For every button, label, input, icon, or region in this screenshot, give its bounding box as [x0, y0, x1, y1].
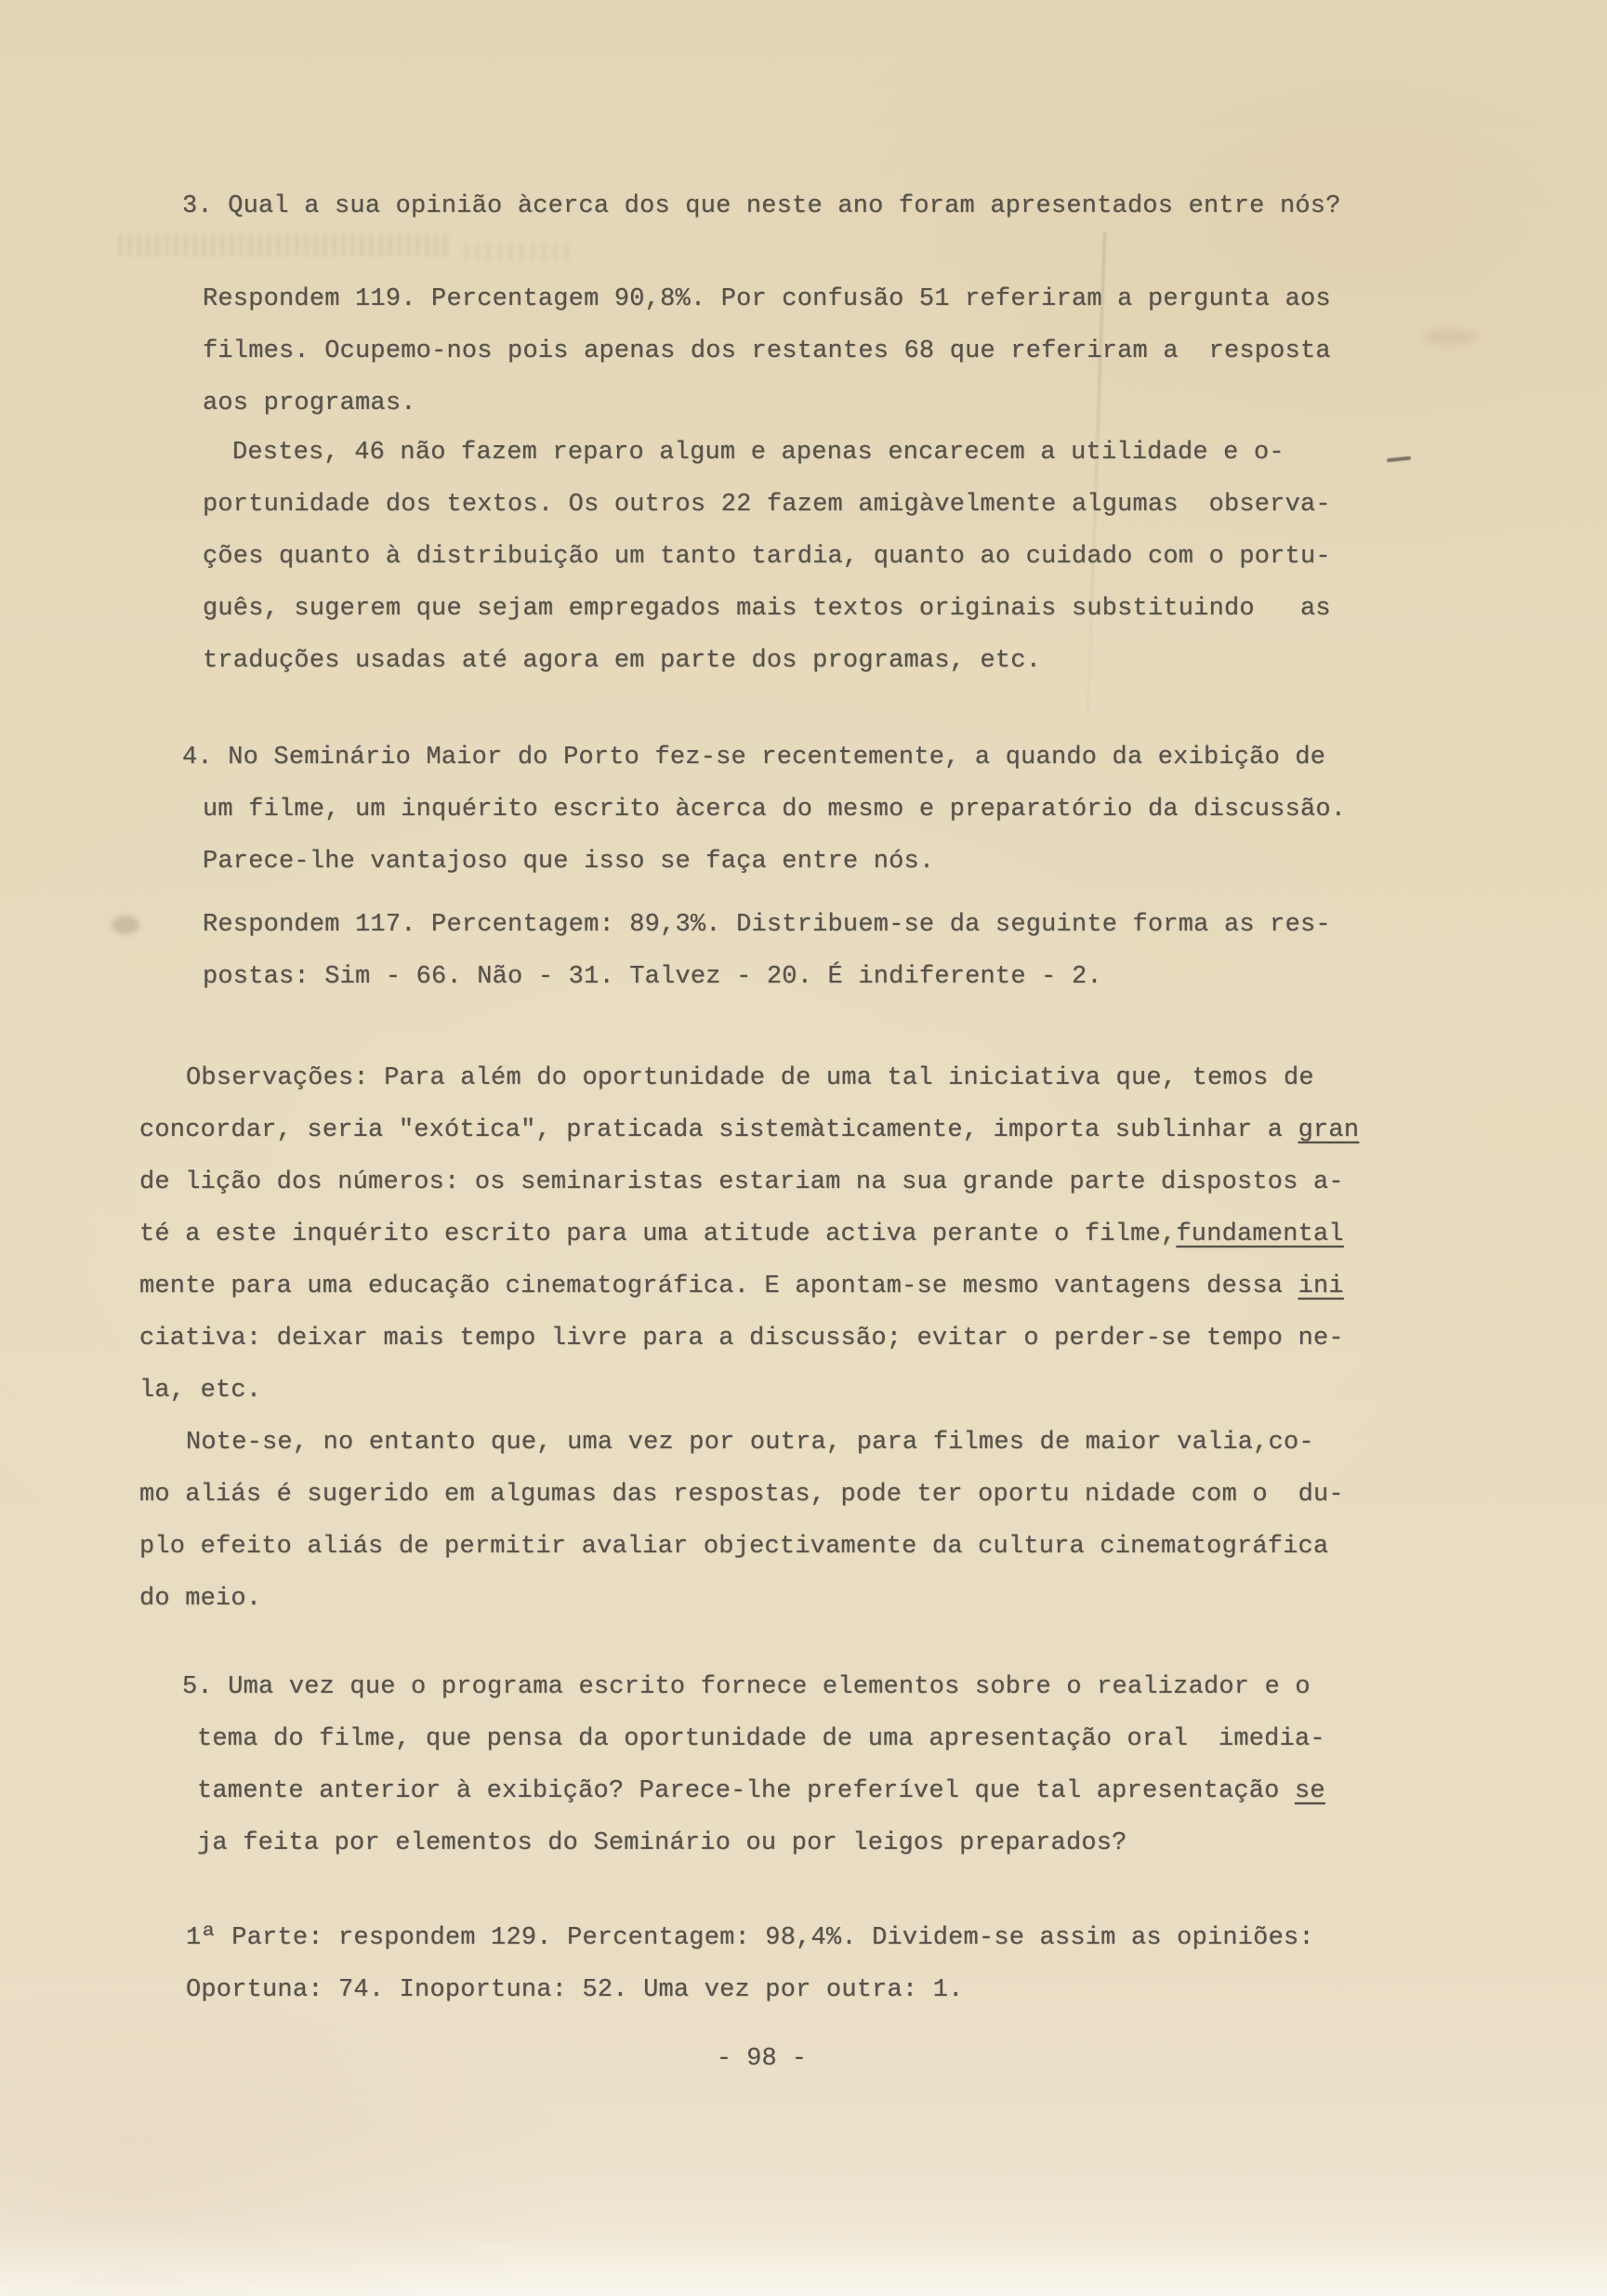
text-line: mente para uma educação cinematográfica.… — [139, 1260, 1359, 1313]
answer-4: Respondem 117. Percentagem: 89,3%. Distr… — [203, 899, 1331, 1003]
text-line: tema do filme, que pensa da oportunidade… — [197, 1713, 1325, 1765]
text-segment: la, etc. — [139, 1377, 261, 1405]
paragraph-note-se: Note-se, no entanto que, uma vez por out… — [139, 1417, 1344, 1625]
answer-3: Respondem 119. Percentagem 90,8%. Por co… — [203, 273, 1331, 429]
text-line: concordar, seria "exótica", praticada si… — [139, 1104, 1359, 1156]
text-segment: Respondem 117. Percentagem: 89,3%. Distr… — [203, 911, 1331, 939]
text-line: Observações: Para além do oportunidade d… — [186, 1052, 1359, 1104]
text-segment: Parece-lhe vantajoso que isso se faça en… — [203, 848, 934, 876]
underlined-text-segment: ini — [1298, 1273, 1344, 1300]
text-segment: ciativa: deixar mais tempo livre para a … — [139, 1325, 1344, 1353]
text-line: té a este inquérito escrito para uma ati… — [139, 1208, 1359, 1260]
paragraph-destes: Destes, 46 não fazem reparo algum e apen… — [203, 427, 1331, 687]
ghost-typing-smudge — [119, 234, 454, 257]
text-segment: Destes, 46 não fazem reparo algum e apen… — [232, 439, 1284, 467]
text-segment: do meio. — [139, 1585, 261, 1613]
text-line: ciativa: deixar mais tempo livre para a … — [139, 1313, 1359, 1365]
text-segment: 4. No Seminário Maior do Porto fez-se re… — [182, 744, 1325, 772]
text-segment: Oportuna: 74. Inoportuna: 52. Uma vez po… — [186, 1976, 964, 2004]
text-line: Parece-lhe vantajoso que isso se faça en… — [203, 836, 1346, 888]
text-segment: ja feita por elementos do Seminário ou p… — [197, 1829, 1127, 1857]
text-line: portunidade dos textos. Os outros 22 faz… — [203, 479, 1331, 531]
text-line: traduções usadas até agora em parte dos … — [203, 635, 1331, 687]
text-segment: mente para uma educação cinematográfica.… — [139, 1273, 1298, 1300]
ghost-typing-smudge — [465, 244, 576, 260]
text-line: 4. No Seminário Maior do Porto fez-se re… — [182, 732, 1346, 784]
text-segment: aos programas. — [203, 389, 416, 417]
text-segment: té a este inquérito escrito para uma ati… — [139, 1221, 1176, 1248]
text-line: de lição dos números: os seminaristas es… — [139, 1156, 1359, 1208]
text-segment: mo aliás é sugerido em algumas das respo… — [139, 1481, 1344, 1509]
text-segment: postas: Sim - 66. Não - 31. Talvez - 20.… — [203, 963, 1102, 991]
paper-smudge — [112, 916, 139, 934]
text-line: postas: Sim - 66. Não - 31. Talvez - 20.… — [203, 951, 1331, 1003]
question-4: 4. No Seminário Maior do Porto fez-se re… — [203, 732, 1346, 888]
text-line: 1ª Parte: respondem 129. Percentagem: 98… — [186, 1912, 1314, 1964]
text-line: Respondem 117. Percentagem: 89,3%. Distr… — [203, 899, 1331, 951]
stray-dash-mark — [1387, 456, 1411, 463]
text-line: do meio. — [139, 1573, 1344, 1625]
text-line: aos programas. — [203, 377, 1331, 429]
text-line: mo aliás é sugerido em algumas das respo… — [139, 1469, 1344, 1521]
underlined-text-segment: fundamental — [1176, 1221, 1343, 1248]
text-segment: Respondem 119. Percentagem 90,8%. Por co… — [203, 285, 1331, 313]
text-line: filmes. Ocupemo-nos pois apenas dos rest… — [203, 325, 1331, 377]
text-line: Respondem 119. Percentagem 90,8%. Por co… — [203, 273, 1331, 325]
text-line: guês, sugerem que sejam empregados mais … — [203, 583, 1331, 635]
text-segment: concordar, seria "exótica", praticada si… — [139, 1116, 1298, 1144]
text-segment: tema do filme, que pensa da oportunidade… — [197, 1725, 1325, 1753]
text-line: um filme, um inquérito escrito àcerca do… — [203, 784, 1346, 836]
paragraph-observacoes: Observações: Para além do oportunidade d… — [139, 1052, 1359, 1417]
text-segment: traduções usadas até agora em parte dos … — [203, 647, 1041, 675]
question-5: 5. Uma vez que o programa escrito fornec… — [197, 1661, 1325, 1869]
answer-5-parte-1: 1ª Parte: respondem 129. Percentagem: 98… — [186, 1912, 1314, 2016]
text-segment: filmes. Ocupemo-nos pois apenas dos rest… — [203, 337, 1331, 365]
text-line: la, etc. — [139, 1365, 1359, 1417]
text-segment: Note-se, no entanto que, uma vez por out… — [186, 1429, 1314, 1457]
scanned-document-page: - 98 - 3. Qual a sua opinião àcerca dos … — [0, 0, 1607, 2296]
text-line: Note-se, no entanto que, uma vez por out… — [186, 1417, 1344, 1469]
question-3: 3. Qual a sua opinião àcerca dos que nes… — [203, 180, 1341, 232]
text-segment: Observações: Para além do oportunidade d… — [186, 1064, 1314, 1092]
text-segment: um filme, um inquérito escrito àcerca do… — [203, 796, 1346, 824]
text-segment: 5. Uma vez que o programa escrito fornec… — [182, 1673, 1311, 1701]
text-line: Oportuna: 74. Inoportuna: 52. Uma vez po… — [186, 1964, 1314, 2016]
underlined-text-segment: gran — [1298, 1116, 1360, 1144]
text-segment: plo efeito aliás de permitir avaliar obj… — [139, 1533, 1328, 1561]
text-segment: guês, sugerem que sejam empregados mais … — [203, 595, 1331, 623]
text-segment: ções quanto à distribuição um tanto tard… — [203, 543, 1331, 571]
text-line: tamente anterior à exibição? Parece-lhe … — [197, 1765, 1325, 1817]
text-line: Destes, 46 não fazem reparo algum e apen… — [232, 427, 1331, 479]
underlined-text-segment: se — [1295, 1777, 1325, 1805]
page-number: - 98 - — [0, 2033, 1565, 2085]
text-segment: tamente anterior à exibição? Parece-lhe … — [197, 1777, 1295, 1805]
text-line: 5. Uma vez que o programa escrito fornec… — [182, 1661, 1325, 1713]
text-line: plo efeito aliás de permitir avaliar obj… — [139, 1521, 1344, 1573]
text-segment: 3. Qual a sua opinião àcerca dos que nes… — [182, 192, 1341, 220]
text-line: ções quanto à distribuição um tanto tard… — [203, 531, 1331, 583]
text-line: ja feita por elementos do Seminário ou p… — [197, 1817, 1325, 1869]
paper-smudge — [1422, 330, 1478, 345]
text-segment: de lição dos números: os seminaristas es… — [139, 1168, 1344, 1196]
text-segment: portunidade dos textos. Os outros 22 faz… — [203, 491, 1331, 519]
text-line: 3. Qual a sua opinião àcerca dos que nes… — [182, 180, 1341, 232]
text-segment: 1ª Parte: respondem 129. Percentagem: 98… — [186, 1924, 1314, 1952]
